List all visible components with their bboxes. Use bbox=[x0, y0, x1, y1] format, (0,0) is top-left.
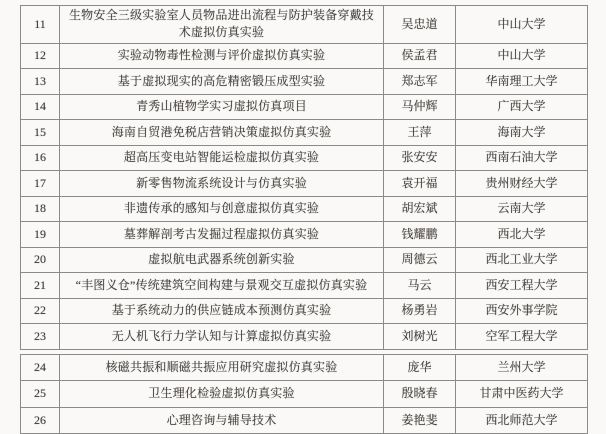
table-row: 23无人机飞行力学认知与计算虚拟仿真实验刘树光空军工程大学 bbox=[21, 324, 588, 350]
leader-name-cell: 马云 bbox=[384, 273, 456, 299]
row-number-cell: 20 bbox=[21, 247, 60, 273]
university-cell: 西北工业大学 bbox=[456, 247, 588, 273]
experiment-title-cell: 实验动物毒性检测与评价虚拟仿真实验 bbox=[60, 43, 384, 69]
experiment-title-cell: 新零售物流系统设计与仿真实验 bbox=[60, 171, 384, 197]
table-row: 26心理咨询与辅导技术姜艳斐西北师范大学 bbox=[21, 407, 588, 434]
table-row: 24核磁共振和顺磁共振应用研究虚拟仿真实验庞华兰州大学 bbox=[21, 354, 588, 381]
experiment-title-cell: 基于虚拟现实的高危精密锻压成型实验 bbox=[60, 69, 384, 95]
university-cell: 西安外事学院 bbox=[456, 298, 588, 324]
row-number-cell: 15 bbox=[21, 120, 60, 146]
experiment-title-cell: 非遗传承的感知与创意虚拟仿真实验 bbox=[60, 196, 384, 222]
leader-name-cell: 庞华 bbox=[384, 354, 456, 381]
university-cell: 甘肃中医药大学 bbox=[456, 381, 588, 408]
leader-name-cell: 吴忠道 bbox=[384, 6, 456, 44]
experiment-title-cell: 超高压变电站智能运检虚拟仿真实验 bbox=[60, 145, 384, 171]
leader-name-cell: 姜艳斐 bbox=[384, 407, 456, 434]
leader-name-cell: 胡宏斌 bbox=[384, 196, 456, 222]
row-number-cell: 16 bbox=[21, 145, 60, 171]
table-row: 21“丰图义仓”传统建筑空间构建与景观交互虚拟仿真实验马云西安工程大学 bbox=[21, 273, 588, 299]
table-row: 15海南自贸港免税店营销决策虚拟仿真实验王萍海南大学 bbox=[21, 120, 588, 146]
university-cell: 中山大学 bbox=[456, 6, 588, 44]
row-number-cell: 21 bbox=[21, 273, 60, 299]
experiments-table-lower: 24核磁共振和顺磁共振应用研究虚拟仿真实验庞华兰州大学25卫生理化检验虚拟仿真实… bbox=[20, 354, 588, 434]
row-number-cell: 23 bbox=[21, 324, 60, 350]
row-number-cell: 22 bbox=[21, 298, 60, 324]
table-row: 20虚拟航电武器系统创新实验周德云西北工业大学 bbox=[21, 247, 588, 273]
university-cell: 广西大学 bbox=[456, 94, 588, 120]
experiment-title-cell: 无人机飞行力学认知与计算虚拟仿真实验 bbox=[60, 324, 384, 350]
table-row: 22基于系统动力的供应链成本预测仿真实验杨勇岩西安外事学院 bbox=[21, 298, 588, 324]
table-row: 12实验动物毒性检测与评价虚拟仿真实验侯孟君中山大学 bbox=[21, 43, 588, 69]
university-cell: 西北大学 bbox=[456, 222, 588, 248]
leader-name-cell: 刘树光 bbox=[384, 324, 456, 350]
experiment-title-cell: 核磁共振和顺磁共振应用研究虚拟仿真实验 bbox=[60, 354, 384, 381]
university-cell: 云南大学 bbox=[456, 196, 588, 222]
table-row: 18非遗传承的感知与创意虚拟仿真实验胡宏斌云南大学 bbox=[21, 196, 588, 222]
leader-name-cell: 马仲辉 bbox=[384, 94, 456, 120]
row-number-cell: 14 bbox=[21, 94, 60, 120]
university-cell: 西安工程大学 bbox=[456, 273, 588, 299]
leader-name-cell: 殷晓春 bbox=[384, 381, 456, 408]
experiment-title-cell: 卫生理化检验虚拟仿真实验 bbox=[60, 381, 384, 408]
university-cell: 西南石油大学 bbox=[456, 145, 588, 171]
leader-name-cell: 张安安 bbox=[384, 145, 456, 171]
row-number-cell: 13 bbox=[21, 69, 60, 95]
experiment-title-cell: 虚拟航电武器系统创新实验 bbox=[60, 247, 384, 273]
leader-name-cell: 周德云 bbox=[384, 247, 456, 273]
university-cell: 兰州大学 bbox=[456, 354, 588, 381]
leader-name-cell: 袁开福 bbox=[384, 171, 456, 197]
experiment-title-cell: “丰图义仓”传统建筑空间构建与景观交互虚拟仿真实验 bbox=[60, 273, 384, 299]
experiment-title-cell: 海南自贸港免税店营销决策虚拟仿真实验 bbox=[60, 120, 384, 146]
table-row: 25卫生理化检验虚拟仿真实验殷晓春甘肃中医药大学 bbox=[21, 381, 588, 408]
table-row: 13基于虚拟现实的高危精密锻压成型实验郑志军华南理工大学 bbox=[21, 69, 588, 95]
university-cell: 西北师范大学 bbox=[456, 407, 588, 434]
experiment-title-cell: 基于系统动力的供应链成本预测仿真实验 bbox=[60, 298, 384, 324]
row-number-cell: 25 bbox=[21, 381, 60, 408]
experiment-title-cell: 心理咨询与辅导技术 bbox=[60, 407, 384, 434]
leader-name-cell: 郑志军 bbox=[384, 69, 456, 95]
table-row: 11生物安全三级实验室人员物品进出流程与防护装备穿戴技术虚拟仿真实验吴忠道中山大… bbox=[21, 6, 588, 44]
leader-name-cell: 杨勇岩 bbox=[384, 298, 456, 324]
row-number-cell: 17 bbox=[21, 171, 60, 197]
university-cell: 海南大学 bbox=[456, 120, 588, 146]
leader-name-cell: 侯孟君 bbox=[384, 43, 456, 69]
row-number-cell: 19 bbox=[21, 222, 60, 248]
university-cell: 华南理工大学 bbox=[456, 69, 588, 95]
university-cell: 空军工程大学 bbox=[456, 324, 588, 350]
experiment-title-cell: 墓葬解剖考古发掘过程虚拟仿真实验 bbox=[60, 222, 384, 248]
document-page: 11生物安全三级实验室人员物品进出流程与防护装备穿戴技术虚拟仿真实验吴忠道中山大… bbox=[0, 0, 606, 434]
leader-name-cell: 王萍 bbox=[384, 120, 456, 146]
experiment-title-cell: 生物安全三级实验室人员物品进出流程与防护装备穿戴技术虚拟仿真实验 bbox=[60, 6, 384, 44]
table-row: 14青秀山植物学实习虚拟仿真项目马仲辉广西大学 bbox=[21, 94, 588, 120]
table-row: 16超高压变电站智能运检虚拟仿真实验张安安西南石油大学 bbox=[21, 145, 588, 171]
table-row: 19墓葬解剖考古发掘过程虚拟仿真实验钱耀鹏西北大学 bbox=[21, 222, 588, 248]
experiment-title-cell: 青秀山植物学实习虚拟仿真项目 bbox=[60, 94, 384, 120]
row-number-cell: 24 bbox=[21, 354, 60, 381]
row-number-cell: 12 bbox=[21, 43, 60, 69]
table-row: 17新零售物流系统设计与仿真实验袁开福贵州财经大学 bbox=[21, 171, 588, 197]
leader-name-cell: 钱耀鹏 bbox=[384, 222, 456, 248]
university-cell: 贵州财经大学 bbox=[456, 171, 588, 197]
row-number-cell: 11 bbox=[21, 6, 60, 44]
row-number-cell: 18 bbox=[21, 196, 60, 222]
university-cell: 中山大学 bbox=[456, 43, 588, 69]
experiments-table-upper: 11生物安全三级实验室人员物品进出流程与防护装备穿戴技术虚拟仿真实验吴忠道中山大… bbox=[20, 5, 588, 350]
row-number-cell: 26 bbox=[21, 407, 60, 434]
